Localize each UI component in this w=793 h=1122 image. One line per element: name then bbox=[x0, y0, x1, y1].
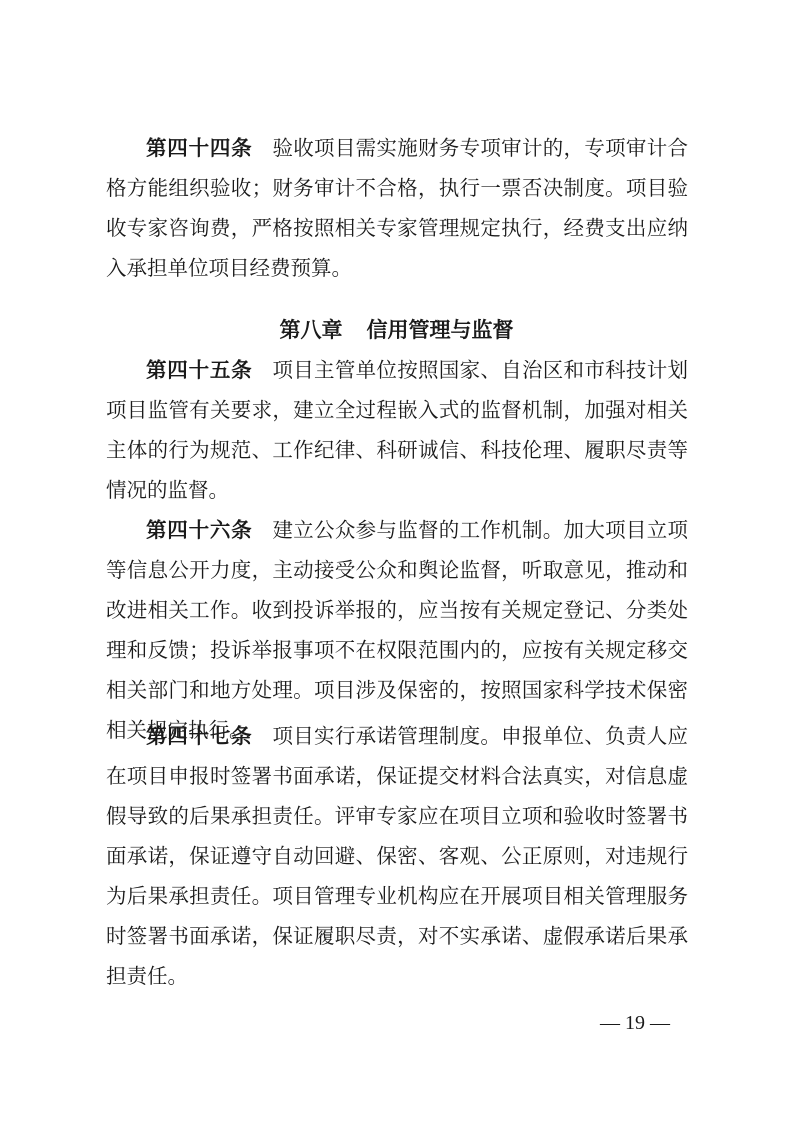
page-number: — 19 — bbox=[590, 1008, 680, 1038]
article-line: 为后果承担责任。项目管理专业机构应在开展项目相关管理服务 bbox=[106, 878, 688, 914]
document-page: 第四十四条验收项目需实施财务专项审计的，专项审计合 格方能组织验收；财务审计不合… bbox=[0, 0, 793, 1122]
article-line: 改进相关工作。收到投诉举报的，应当按有关规定登记、分类处 bbox=[106, 592, 688, 628]
article-number: 第四十四条 bbox=[146, 136, 252, 160]
article-line: 入承担单位项目经费预算。 bbox=[106, 250, 688, 286]
article-line: 第四十五条项目主管单位按照国家、自治区和市科技计划 bbox=[146, 352, 688, 388]
chapter-title: 信用管理与监督 bbox=[367, 318, 514, 342]
article-number: 第四十五条 bbox=[146, 358, 252, 382]
article-line: 担责任。 bbox=[106, 958, 688, 994]
article-line: 相关部门和地方处理。项目涉及保密的，按照国家科学技术保密 bbox=[106, 672, 688, 708]
article-text: 项目主管单位按照国家、自治区和市科技计划 bbox=[272, 358, 688, 382]
article-line: 第四十七条项目实行承诺管理制度。申报单位、负责人应 bbox=[146, 718, 688, 754]
article-line: 收专家咨询费，严格按照相关专家管理规定执行，经费支出应纳 bbox=[106, 210, 688, 246]
chapter-heading: 第八章信用管理与监督 bbox=[0, 312, 793, 348]
article-line: 主体的行为规范、工作纪律、科研诚信、科技伦理、履职尽责等 bbox=[106, 432, 688, 468]
article-text: 项目实行承诺管理制度。申报单位、负责人应 bbox=[272, 724, 688, 748]
article-line: 在项目申报时签署书面承诺，保证提交材料合法真实，对信息虚 bbox=[106, 758, 688, 794]
article-line: 项目监管有关要求，建立全过程嵌入式的监督机制，加强对相关 bbox=[106, 392, 688, 428]
article-line: 面承诺，保证遵守自动回避、保密、客观、公正原则，对违规行 bbox=[106, 838, 688, 874]
article-number: 第四十七条 bbox=[146, 724, 252, 748]
article-text: 建立公众参与监督的工作机制。加大项目立项 bbox=[272, 518, 688, 542]
article-line: 假导致的后果承担责任。评审专家应在项目立项和验收时签署书 bbox=[106, 798, 688, 834]
chapter-number: 第八章 bbox=[280, 318, 343, 342]
article-number: 第四十六条 bbox=[146, 518, 252, 542]
article-line: 第四十四条验收项目需实施财务专项审计的，专项审计合 bbox=[146, 130, 688, 166]
article-line: 第四十六条建立公众参与监督的工作机制。加大项目立项 bbox=[146, 512, 688, 548]
article-line: 理和反馈；投诉举报事项不在权限范围内的，应按有关规定移交 bbox=[106, 632, 688, 668]
article-line: 时签署书面承诺，保证履职尽责，对不实承诺、虚假承诺后果承 bbox=[106, 918, 688, 954]
article-line: 格方能组织验收；财务审计不合格，执行一票否决制度。项目验 bbox=[106, 170, 688, 206]
article-line: 等信息公开力度，主动接受公众和舆论监督，听取意见，推动和 bbox=[106, 552, 688, 588]
article-text: 验收项目需实施财务专项审计的，专项审计合 bbox=[272, 136, 688, 160]
article-line: 情况的监督。 bbox=[106, 472, 688, 508]
